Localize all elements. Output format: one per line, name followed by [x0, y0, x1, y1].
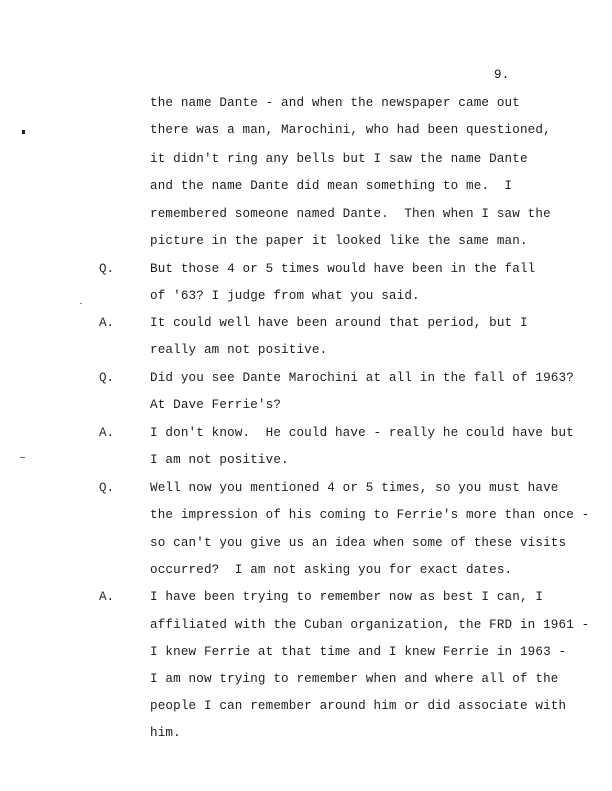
page-number: 9. [494, 68, 509, 82]
transcript-line: picture in the paper it looked like the … [150, 235, 528, 248]
transcript-line: and the name Dante did mean something to… [150, 180, 512, 193]
speaker-label: Q. [99, 372, 114, 385]
transcript-page: 9. the name Dante - and when the newspap… [0, 0, 612, 791]
transcript-line: occurred? I am not asking you for exact … [150, 564, 512, 577]
transcript-line: I am not positive. [150, 454, 289, 467]
transcript-line: so can't you give us an idea when some o… [150, 537, 566, 550]
transcript-line: affiliated with the Cuban organization, … [150, 619, 589, 632]
transcript-line: But those 4 or 5 times would have been i… [150, 263, 535, 276]
speaker-label: Q. [99, 482, 114, 495]
transcript-line: I knew Ferrie at that time and I knew Fe… [150, 646, 566, 659]
transcript-line: the impression of his coming to Ferrie's… [150, 509, 589, 522]
transcript-line: At Dave Ferrie's? [150, 399, 281, 412]
transcript-line: him. [150, 727, 181, 740]
margin-speck [22, 130, 25, 134]
speaker-label: A. [99, 317, 114, 330]
speaker-label: A. [99, 591, 114, 604]
margin-speck [20, 457, 25, 458]
transcript-line: people I can remember around him or did … [150, 700, 566, 713]
speaker-label: Q. [99, 263, 114, 276]
transcript-line: I have been trying to remember now as be… [150, 591, 543, 604]
transcript-line: it didn't ring any bells but I saw the n… [150, 153, 528, 166]
transcript-line: really am not positive. [150, 344, 327, 357]
transcript-line: remembered someone named Dante. Then whe… [150, 208, 551, 221]
transcript-line: the name Dante - and when the newspaper … [150, 97, 520, 110]
transcript-line: Well now you mentioned 4 or 5 times, so … [150, 482, 559, 495]
transcript-line: I am now trying to remember when and whe… [150, 673, 559, 686]
transcript-line: I don't know. He could have - really he … [150, 427, 574, 440]
transcript-line: of '63? I judge from what you said. [150, 290, 420, 303]
margin-speck [80, 303, 82, 304]
transcript-line: Did you see Dante Marochini at all in th… [150, 372, 574, 385]
transcript-line: It could well have been around that peri… [150, 317, 528, 330]
speaker-label: A. [99, 427, 114, 440]
transcript-line: there was a man, Marochini, who had been… [150, 124, 551, 137]
